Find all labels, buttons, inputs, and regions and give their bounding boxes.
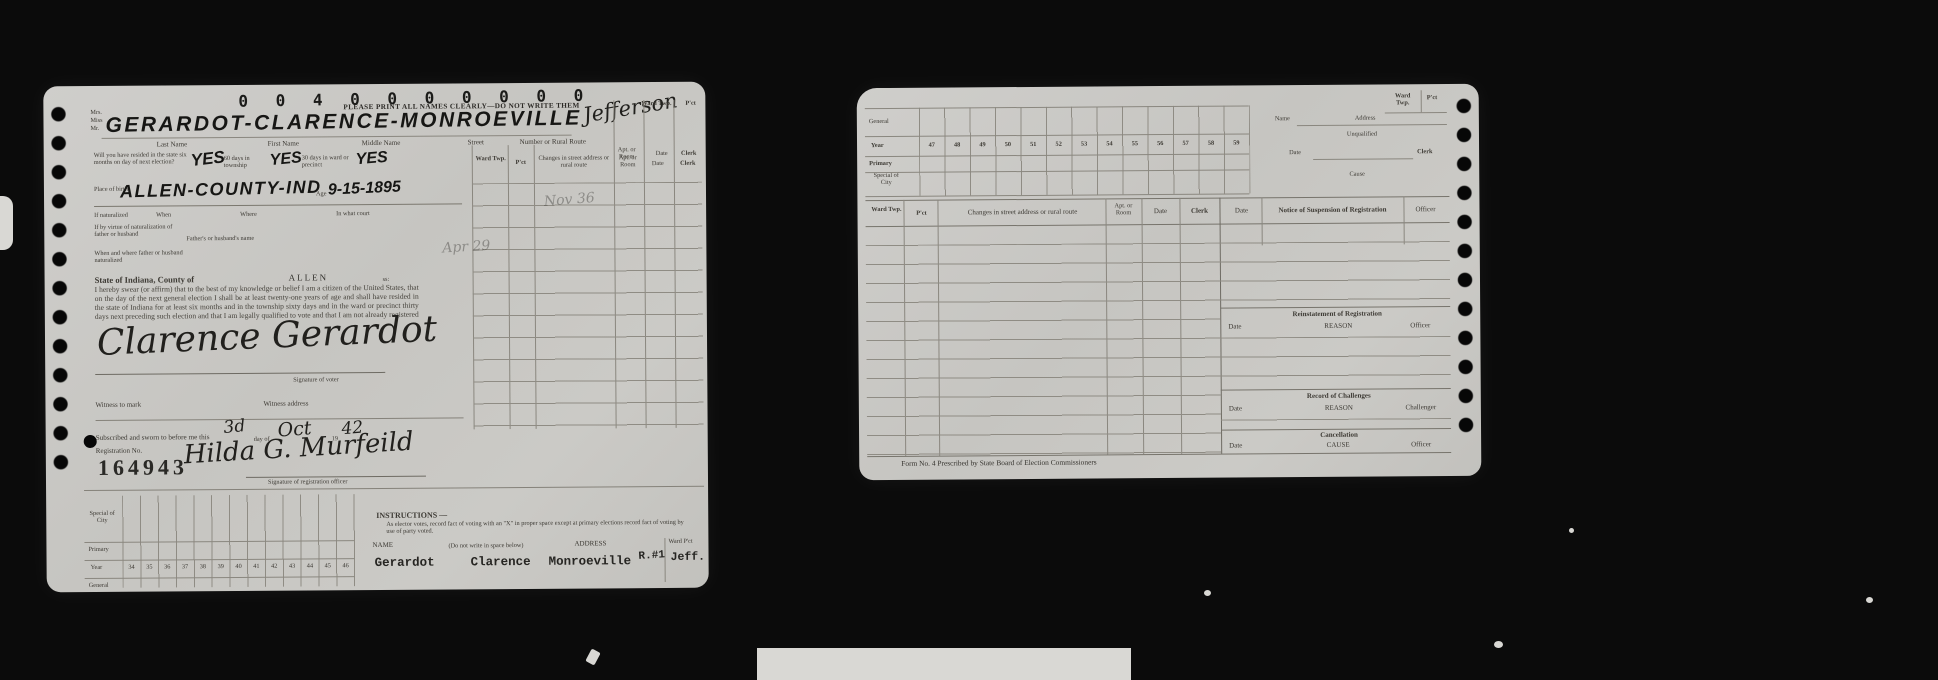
reinstatement-reason: REASON bbox=[1288, 322, 1388, 331]
voter-card-front: PLEASE PRINT ALL NAMES CLEARLY—DO NOT WR… bbox=[43, 82, 709, 593]
grid-general-label: General bbox=[89, 582, 109, 589]
instructions-name: NAME bbox=[372, 542, 393, 550]
grid-special-label: Special of City bbox=[871, 172, 901, 186]
oath-county: ALLEN bbox=[289, 272, 329, 282]
rule bbox=[1297, 124, 1447, 126]
changes-apt-header: Apt. or Room bbox=[616, 154, 640, 168]
typed-last: Gerardot bbox=[375, 556, 435, 570]
punch-holes-right bbox=[1453, 92, 1477, 442]
written-county: Jefferson bbox=[582, 89, 680, 128]
prefix-mrs: Mrs. bbox=[90, 110, 102, 117]
film-speck bbox=[585, 648, 600, 665]
label-middle-name: Middle Name bbox=[362, 140, 401, 148]
typed-first: Clarence bbox=[471, 555, 531, 569]
grid-year-label: Year bbox=[871, 142, 884, 149]
grid-general-label: General bbox=[869, 118, 889, 125]
unqualified-title: Unqualified bbox=[1287, 130, 1437, 138]
challenges-title: Record of Challenges bbox=[1279, 392, 1399, 401]
ruled-rows-suspension bbox=[1220, 241, 1450, 303]
grid-columns bbox=[919, 105, 1251, 195]
form-number-footer: Form No. 4 Prescribed by State Board of … bbox=[901, 459, 1096, 469]
film-speck bbox=[1569, 528, 1574, 533]
virtue-label: If by virtue of naturalization of father… bbox=[94, 223, 174, 238]
instructions-note: (Do not write in space below) bbox=[448, 542, 523, 550]
voter-card-back: General Year Primary Special of City 474… bbox=[857, 84, 1482, 480]
instructions-address: ADDRESS bbox=[574, 540, 606, 548]
typed-address: Monroeville bbox=[549, 554, 632, 569]
grid-primary-label: Primary bbox=[869, 160, 892, 167]
divider bbox=[1261, 197, 1262, 245]
label-last-name: Last Name bbox=[157, 141, 188, 149]
cancellation-title: Cancellation bbox=[1289, 431, 1389, 440]
rule bbox=[1313, 158, 1413, 160]
voter-signature-caption: Signature of voter bbox=[293, 376, 339, 383]
table-ward-header: Ward Twp. bbox=[869, 206, 903, 213]
residency-answer-state: YES bbox=[190, 147, 226, 170]
divider bbox=[1403, 196, 1404, 244]
divider bbox=[664, 538, 665, 582]
reinstatement-title: Reinstatement of Registration bbox=[1262, 310, 1412, 319]
changes-clerk-header: Clerk bbox=[674, 160, 702, 167]
microfilm-scan: { "left_card": { "stamp": "0 0 4 0 0 0 0… bbox=[0, 0, 1938, 680]
father-name-label: Father's or husband's name bbox=[186, 235, 254, 243]
suspension-date-header: Date bbox=[1223, 207, 1259, 215]
table-clerk-header: Clerk bbox=[1181, 208, 1217, 216]
rule bbox=[1220, 306, 1450, 309]
label-pct: P'ct bbox=[685, 100, 696, 107]
challenges-date: Date bbox=[1229, 405, 1242, 413]
typed-route: R.#1 bbox=[638, 549, 665, 563]
rule bbox=[866, 222, 1450, 227]
challenges-challenger: Challenger bbox=[1395, 404, 1447, 412]
grid-special-label: Special of City bbox=[86, 510, 118, 524]
grid-year-label: Year bbox=[91, 564, 103, 571]
unqualified-cause-label: Cause bbox=[1327, 170, 1387, 177]
label-ward-twp: Ward Twp. bbox=[641, 100, 671, 107]
ruled-rows-left bbox=[866, 243, 1221, 457]
suspension-title: Notice of Suspension of Registration bbox=[1261, 206, 1403, 215]
naturalized-where: Where bbox=[240, 211, 257, 218]
naturalized-label: If naturalized bbox=[94, 212, 128, 219]
residency-question-state: Will you have resided in the state six m… bbox=[94, 151, 190, 166]
rule bbox=[1221, 388, 1451, 391]
residency-question-ward: 30 days in ward or precinct bbox=[302, 154, 354, 168]
changes-ward-header: Ward Twp. bbox=[474, 155, 508, 162]
table-pct-header: P'ct bbox=[907, 210, 935, 217]
unqualified-clerk-label: Clerk bbox=[1417, 148, 1432, 155]
ruled-rows-reinstatement bbox=[1220, 336, 1450, 386]
birth-value: ALLEN-COUNTY-IND bbox=[120, 177, 322, 202]
residency-answer-township: YES bbox=[269, 149, 303, 170]
punch-holes-left bbox=[47, 100, 72, 478]
officer-signature-caption: Signature of registration officer bbox=[268, 478, 348, 486]
changes-pct-header: P'ct bbox=[510, 159, 532, 166]
written-name: GERARDOT-CLARENCE-MONROEVILLE bbox=[105, 106, 581, 137]
rule bbox=[1385, 112, 1447, 113]
changes-ruled-rows bbox=[472, 182, 704, 430]
label-ward-twp: Ward Twp. bbox=[1389, 92, 1417, 106]
label-date: Date bbox=[648, 150, 676, 157]
suspension-officer-header: Officer bbox=[1403, 206, 1447, 214]
residency-answer-ward: YES bbox=[355, 149, 388, 169]
table-changes-header: Changes in street address or rural route bbox=[941, 208, 1103, 217]
unqualified-name-label: Name bbox=[1275, 115, 1290, 122]
label-rural-route: Number or Rural Route bbox=[520, 139, 586, 147]
grid-primary-label: Primary bbox=[88, 546, 108, 553]
label-pct: P'ct bbox=[1427, 94, 1438, 101]
film-speck bbox=[1204, 590, 1211, 596]
prefix-mr: Mr. bbox=[91, 126, 100, 133]
cancellation-officer: Officer bbox=[1399, 441, 1443, 449]
instructions-title: INSTRUCTIONS — bbox=[376, 512, 447, 521]
changes-header: Changes in street address or rural route bbox=[536, 154, 612, 169]
challenges-reason: REASON bbox=[1289, 404, 1389, 413]
witness-mark-label: Witness to mark bbox=[95, 402, 141, 410]
officer-signature: Hilda G. Murfeild bbox=[183, 428, 414, 471]
rule bbox=[865, 196, 1449, 201]
changes-date-header: Date bbox=[644, 160, 672, 167]
film-speck bbox=[1866, 597, 1873, 603]
typed-ward-header: Ward P'ct bbox=[668, 538, 692, 545]
cancellation-date: Date bbox=[1229, 442, 1242, 450]
instructions-body: As elector votes, record fact of voting … bbox=[386, 519, 686, 535]
table-apt-header: Apt. or Room bbox=[1107, 202, 1139, 216]
cancellation-cause: CAUSE bbox=[1293, 442, 1383, 450]
reinstatement-date: Date bbox=[1228, 323, 1241, 331]
unqualified-date-label: Date bbox=[1289, 149, 1301, 156]
label-clerk: Clerk bbox=[676, 150, 702, 157]
residency-question-township: 60 days in township bbox=[224, 155, 268, 169]
pencil-note: Apr 29 bbox=[442, 239, 491, 257]
birth-age-label: Age bbox=[316, 190, 327, 197]
divider bbox=[1421, 90, 1422, 112]
film-speck bbox=[1494, 641, 1503, 648]
birth-date: 9-15-1895 bbox=[328, 179, 402, 200]
registration-number: 164943 bbox=[98, 455, 188, 480]
film-artifact-left-blob bbox=[0, 196, 13, 250]
unqualified-address-label: Address bbox=[1355, 115, 1376, 122]
naturalized-when: When bbox=[156, 211, 171, 218]
label-first-name: First Name bbox=[268, 141, 299, 149]
label-street: Street bbox=[468, 139, 484, 147]
sworn-day: 3d bbox=[223, 417, 246, 438]
film-artifact-bottom-strip bbox=[757, 648, 1131, 680]
witness-address-label: Witness address bbox=[263, 400, 308, 408]
rule bbox=[94, 203, 462, 207]
signature-rule bbox=[95, 372, 385, 375]
prefix-miss: Miss bbox=[90, 118, 102, 125]
rule bbox=[84, 486, 704, 491]
when-where-label: When and where father or husband natural… bbox=[94, 249, 204, 264]
typed-ward: Jeff. bbox=[671, 552, 706, 565]
table-date-header: Date bbox=[1143, 208, 1177, 216]
naturalized-court: In what court bbox=[336, 210, 370, 217]
reinstatement-officer: Officer bbox=[1398, 322, 1442, 330]
